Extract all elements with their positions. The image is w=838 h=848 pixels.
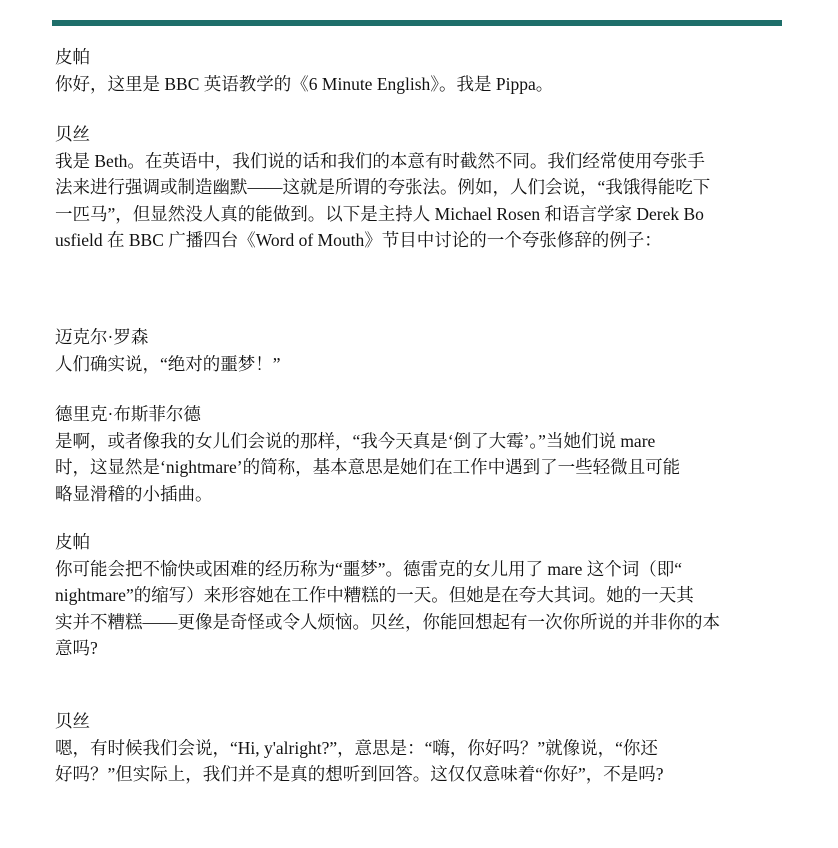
dialogue-line: 好吗？”但实际上，我们并不是真的想听到回答。这仅仅意味着“你好”，不是吗? [55, 761, 785, 788]
transcript-block-beth-2: 贝丝 嗯，有时候我们会说，“Hi, y'alright?”，意思是：“嗨，你好吗… [55, 708, 785, 788]
speaker-name: 贝丝 [55, 121, 785, 148]
speaker-name: 贝丝 [55, 708, 785, 735]
transcript-block-derek-bousfield: 德里克·布斯菲尔德 是啊，或者像我的女儿们会说的那样，“我今天真是‘倒了大霉’。… [55, 401, 785, 507]
dialogue-line: 时，这显然是‘nightmare’的简称，基本意思是她们在工作中遇到了一些轻微且… [55, 454, 785, 481]
accent-divider-bar [52, 20, 782, 26]
dialogue-line: 是啊，或者像我的女儿们会说的那样，“我今天真是‘倒了大霉’。”当她们说 mare [55, 428, 785, 455]
transcript-block-pippa-2: 皮帕 你可能会把不愉快或困难的经历称为“噩梦”。德雷克的女儿用了 mare 这个… [55, 529, 785, 662]
dialogue-line: 你好，这里是 BBC 英语教学的《6 Minute English》。我是 Pi… [55, 71, 785, 98]
dialogue-line: 嗯，有时候我们会说，“Hi, y'alright?”，意思是：“嗨，你好吗？”就… [55, 735, 785, 762]
dialogue-line: 我是 Beth。在英语中，我们说的话和我们的本意有时截然不同。我们经常使用夸张手 [55, 148, 785, 175]
speaker-name: 迈克尔·罗森 [55, 324, 785, 351]
transcript-block-beth-1: 贝丝 我是 Beth。在英语中，我们说的话和我们的本意有时截然不同。我们经常使用… [55, 121, 785, 254]
dialogue-line: 你可能会把不愉快或困难的经历称为“噩梦”。德雷克的女儿用了 mare 这个词（即… [55, 556, 785, 583]
speaker-name: 德里克·布斯菲尔德 [55, 401, 785, 428]
speaker-name: 皮帕 [55, 44, 785, 71]
dialogue-line: 实并不糟糕——更像是奇怪或令人烦恼。贝丝，你能回想起有一次你所说的并非你的本 [55, 609, 785, 636]
transcript-block-pippa-1: 皮帕 你好，这里是 BBC 英语教学的《6 Minute English》。我是… [55, 44, 785, 97]
dialogue-line: 一匹马”，但显然没人真的能做到。以下是主持人 Michael Rosen 和语言… [55, 201, 785, 228]
dialogue-line: 法来进行强调或制造幽默——这就是所谓的夸张法。例如，人们会说，“我饿得能吃下 [55, 174, 785, 201]
transcript-block-michael-rosen: 迈克尔·罗森 人们确实说，“绝对的噩梦！” [55, 324, 785, 377]
dialogue-line: 意吗? [55, 635, 785, 662]
dialogue-line: 略显滑稽的小插曲。 [55, 481, 785, 508]
dialogue-line: nightmare”的缩写）来形容她在工作中糟糕的一天。但她是在夸大其词。她的一… [55, 582, 785, 609]
dialogue-line: 人们确实说，“绝对的噩梦！” [55, 351, 785, 378]
dialogue-line: usfield 在 BBC 广播四台《Word of Mouth》节目中讨论的一… [55, 227, 785, 254]
speaker-name: 皮帕 [55, 529, 785, 556]
